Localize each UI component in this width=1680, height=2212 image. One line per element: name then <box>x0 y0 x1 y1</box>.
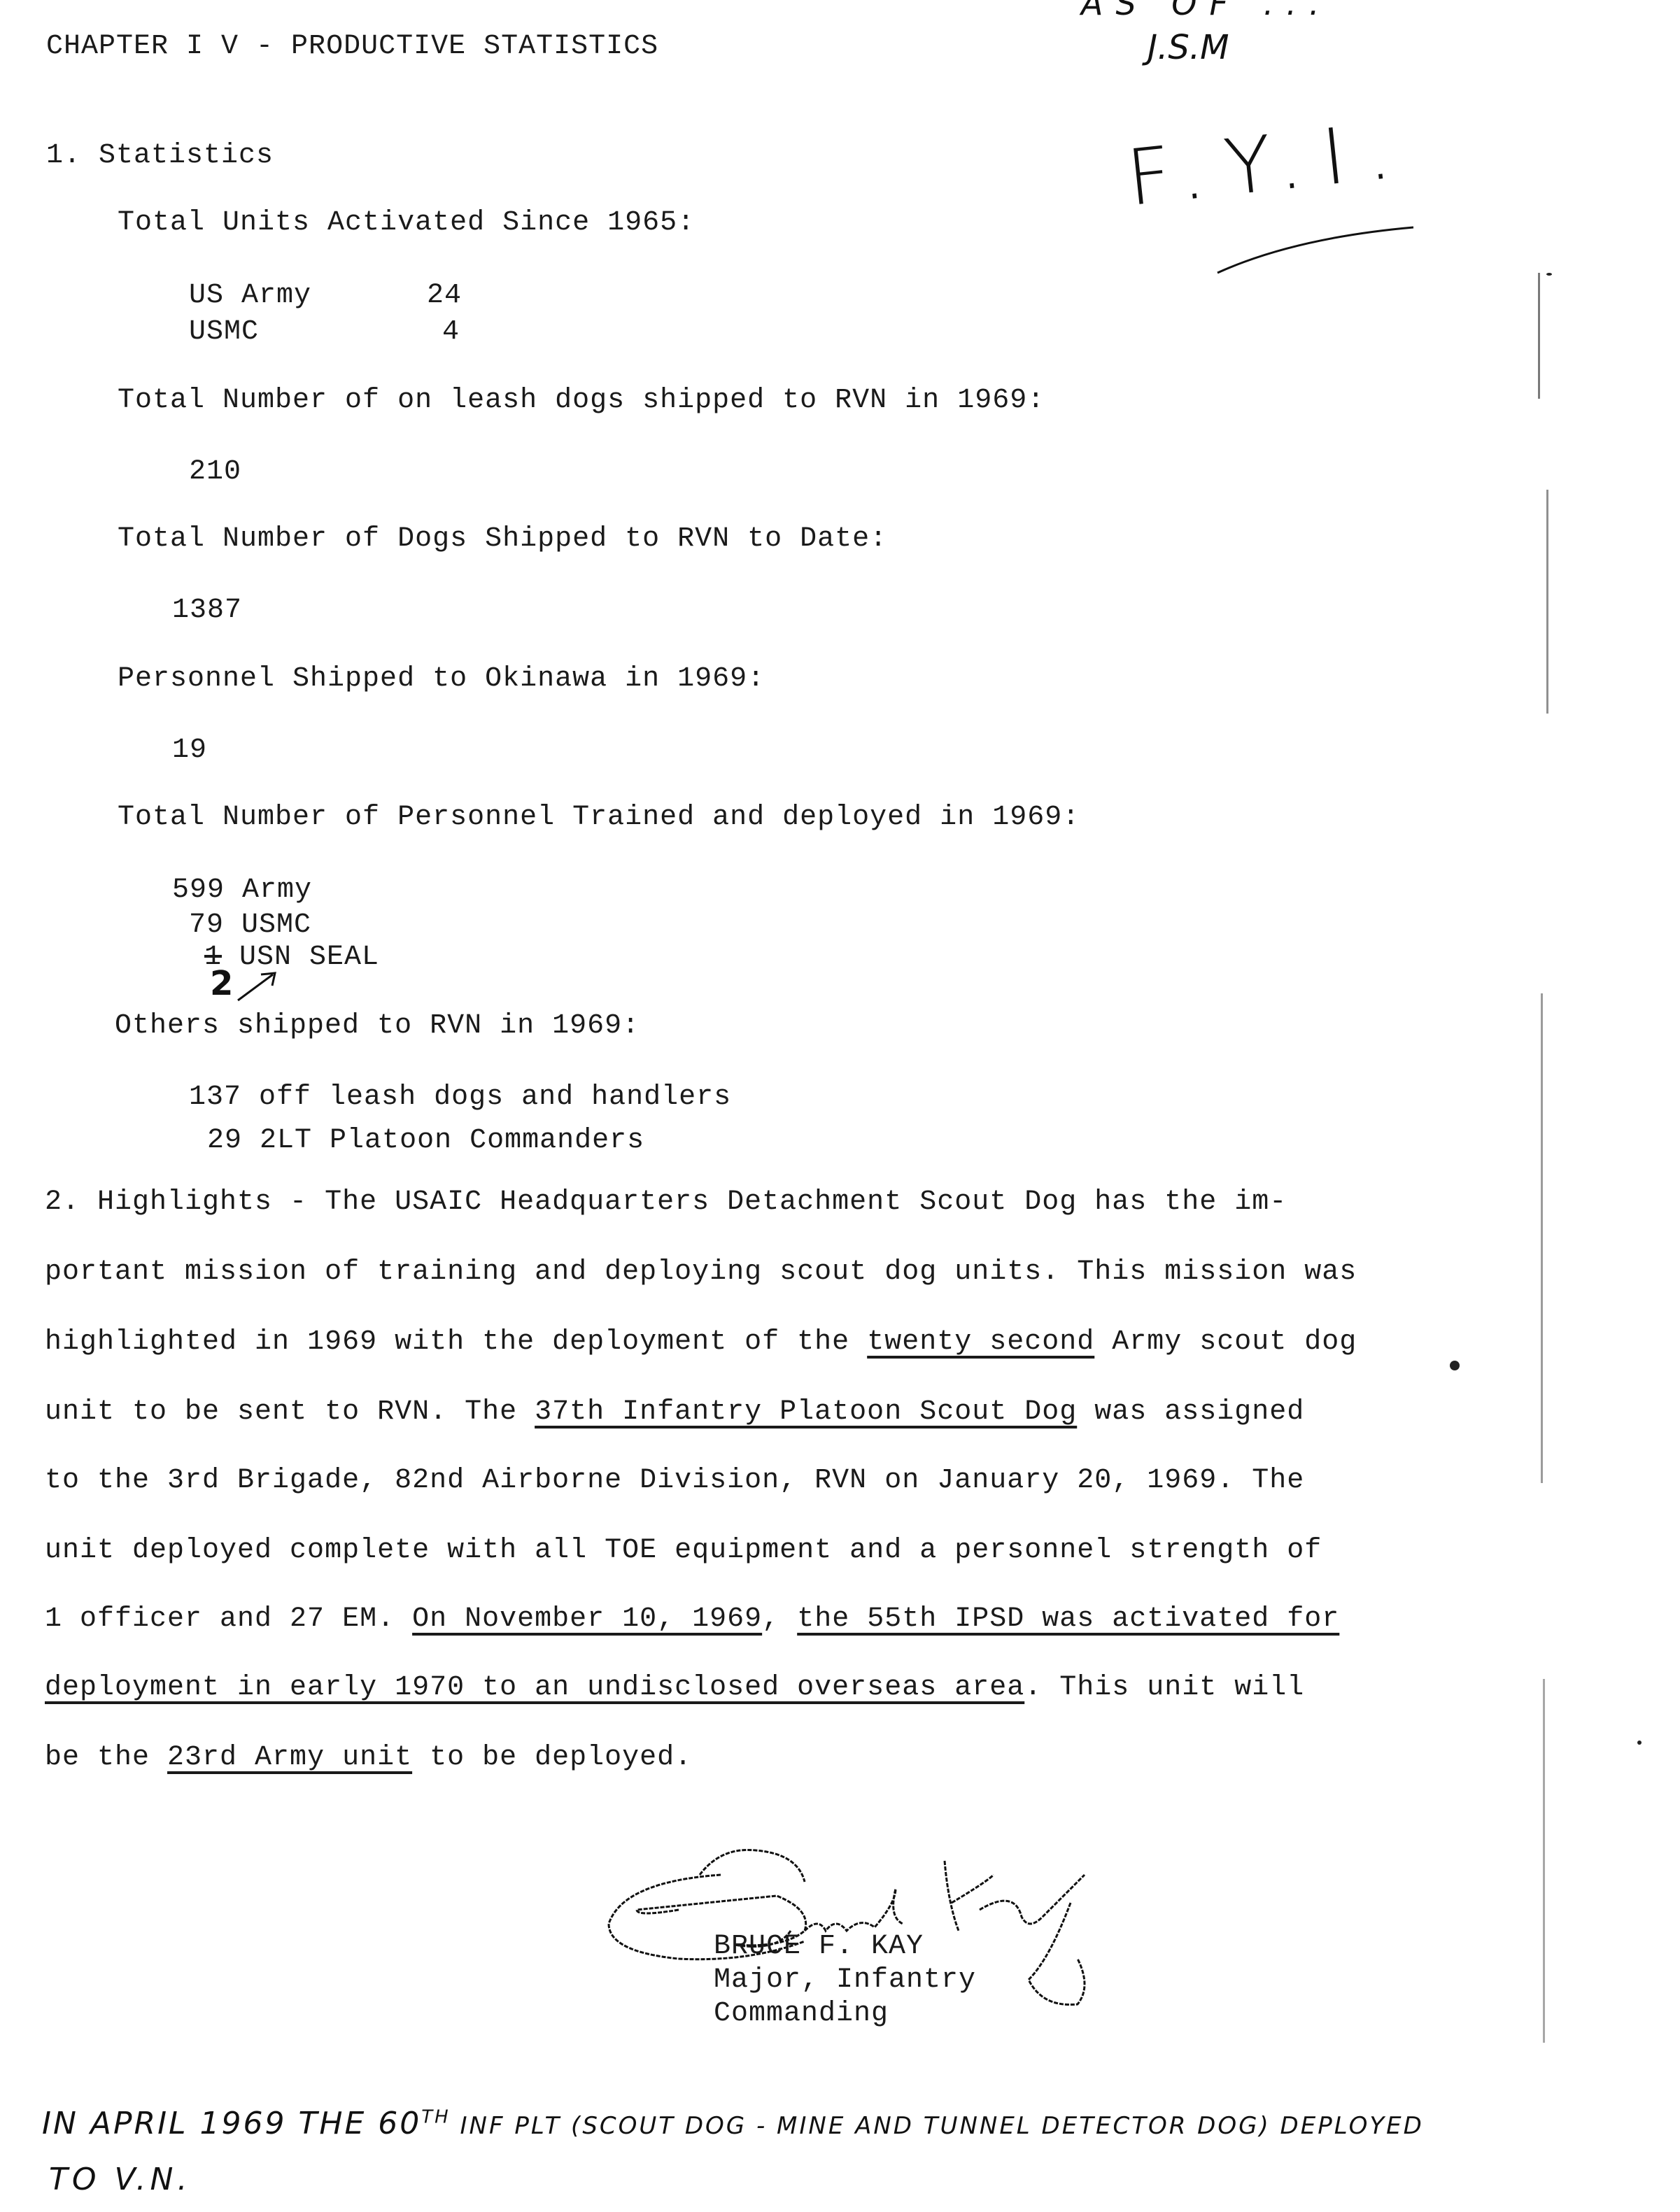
trained-name: Army <box>242 874 312 906</box>
paragraph-line: 2. Highlights - The USAIC Headquarters D… <box>45 1186 1287 1218</box>
handwritten-note-line2: TO V.N. <box>49 2162 191 2197</box>
others-name: 2LT Platoon Commanders <box>260 1125 644 1156</box>
correction-arrow-icon <box>234 969 283 1004</box>
scan-artifact-speck <box>1450 1361 1460 1370</box>
units-row: US Army24 <box>189 280 462 311</box>
section-1-heading: 1. Statistics <box>46 140 274 171</box>
trained-row: 79 USMC <box>189 909 311 941</box>
text-run: was assigned <box>1077 1396 1304 1428</box>
units-value: 24 <box>427 280 462 311</box>
okinawa-label: Personnel Shipped to Okinawa in 1969: <box>118 663 765 695</box>
scan-artifact-line <box>1543 1679 1545 2043</box>
paragraph-line: unit deployed complete with all TOE equi… <box>45 1535 1322 1566</box>
paragraph-line: be the 23rd Army unit to be deployed. <box>45 1742 692 1773</box>
annotation-stroke <box>1210 224 1420 280</box>
scan-artifact-speck <box>1546 273 1552 276</box>
units-row: USMC4 <box>189 316 460 348</box>
text-run: to the 3rd Brigade, 82nd Airborne Divisi… <box>45 1465 1304 1496</box>
signature-scrawl <box>595 1819 1169 2029</box>
paragraph-line: highlighted in 1969 with the deployment … <box>45 1326 1357 1358</box>
text-run: . This unit will <box>1024 1672 1304 1703</box>
text-run: 1 officer and 27 EM. <box>45 1603 412 1635</box>
on-leash-value: 210 <box>189 456 241 488</box>
text-run: portant mission of training and deployin… <box>45 1256 1357 1288</box>
dogs-to-date-value: 1387 <box>172 595 242 626</box>
text-run: highlighted in 1969 with the deployment … <box>45 1326 867 1358</box>
paragraph-line: unit to be sent to RVN. The 37th Infantr… <box>45 1396 1304 1428</box>
trained-deployed-label: Total Number of Personnel Trained and de… <box>118 802 1080 833</box>
others-label: Others shipped to RVN in 1969: <box>115 1010 640 1042</box>
trained-name: USMC <box>241 909 311 941</box>
units-name: USMC <box>189 316 442 348</box>
signatory-rank: Major, Infantry <box>714 1964 976 1996</box>
note-text: IN APRIL 1969 THE 60 <box>42 2106 421 2141</box>
text-run: unit to be sent to RVN. The <box>45 1396 535 1428</box>
scan-artifact-line <box>1541 993 1543 1483</box>
paragraph-line: portant mission of training and deployin… <box>45 1256 1357 1288</box>
annotation-initials: J.S.M <box>1148 28 1229 67</box>
paragraph-line: deployment in early 1970 to an undisclos… <box>45 1672 1304 1703</box>
signatory-role: Commanding <box>714 1998 889 2029</box>
okinawa-value: 19 <box>172 735 207 766</box>
chapter-title: CHAPTER I V - PRODUCTIVE STATISTICS <box>46 31 658 62</box>
underlined-text: the 55th IPSD was activated for <box>797 1603 1339 1635</box>
paragraph-line: to the 3rd Brigade, 82nd Airborne Divisi… <box>45 1465 1304 1496</box>
signatory-name: BRUCE F. KAY <box>714 1931 924 1962</box>
scan-artifact-line <box>1546 490 1548 714</box>
dogs-to-date-label: Total Number of Dogs Shipped to RVN to D… <box>118 523 887 555</box>
underlined-text: twenty second <box>867 1326 1094 1358</box>
annotation-fyi: F.Y.I. <box>1122 104 1416 223</box>
annotation-top-partial: AS OF ... <box>1081 0 1332 22</box>
others-value: 29 <box>207 1125 242 1156</box>
units-value: 4 <box>442 316 460 348</box>
text-run: , <box>762 1603 797 1635</box>
trained-value: 79 <box>189 909 224 941</box>
seal-correction: 2 <box>210 964 233 1003</box>
units-activated-label: Total Units Activated Since 1965: <box>118 207 695 239</box>
trained-row: 599 Army <box>172 874 312 906</box>
underlined-text: 37th Infantry Platoon Scout Dog <box>535 1396 1077 1428</box>
underlined-text: 23rd Army unit <box>167 1742 412 1773</box>
units-name: US Army <box>189 280 427 311</box>
note-text: INF PLT (SCOUT DOG - MINE AND TUNNEL DET… <box>451 2112 1424 2140</box>
trained-value: 599 <box>172 874 225 906</box>
text-run: unit deployed complete with all TOE equi… <box>45 1535 1322 1566</box>
underlined-text: On November 10, 1969 <box>412 1603 762 1635</box>
scan-artifact-speck <box>1637 1740 1642 1745</box>
others-row: 137 off leash dogs and handlers <box>189 1082 731 1113</box>
others-value: 137 <box>189 1082 241 1113</box>
paragraph-line: 1 officer and 27 EM. On November 10, 196… <box>45 1603 1339 1635</box>
others-row: 29 2LT Platoon Commanders <box>207 1125 644 1156</box>
note-superscript: TH <box>421 2106 450 2127</box>
text-run: be the <box>45 1742 167 1773</box>
text-run: to be deployed. <box>412 1742 692 1773</box>
others-name: off leash dogs and handlers <box>259 1082 731 1113</box>
text-run: 2. Highlights - The USAIC Headquarters D… <box>45 1186 1287 1218</box>
scan-artifact-line <box>1538 273 1540 399</box>
text-run: Army scout dog <box>1094 1326 1357 1358</box>
handwritten-note-line1: IN APRIL 1969 THE 60TH INF PLT (SCOUT DO… <box>42 2106 1424 2141</box>
underlined-text: deployment in early 1970 to an undisclos… <box>45 1672 1024 1703</box>
on-leash-label: Total Number of on leash dogs shipped to… <box>118 385 1045 416</box>
